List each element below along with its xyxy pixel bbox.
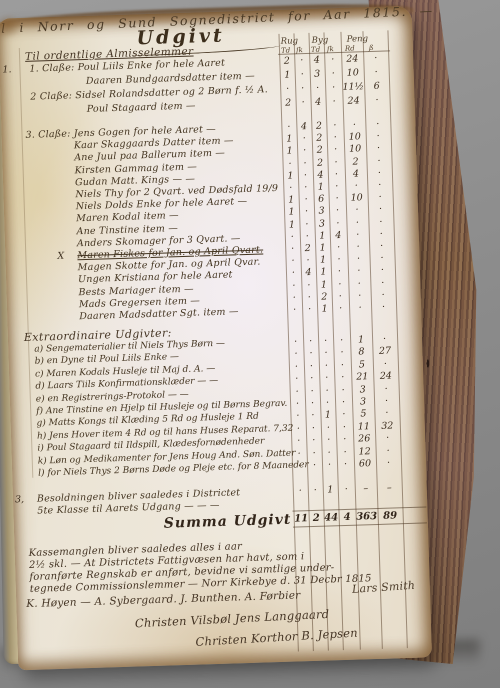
amount-cell: – bbox=[355, 483, 377, 495]
amount-cell bbox=[355, 495, 377, 496]
summa-value-byg-td: 44 bbox=[324, 512, 339, 523]
amount-cell: · bbox=[308, 485, 323, 496]
amount-cell: · bbox=[338, 484, 355, 496]
amount-cell bbox=[377, 494, 402, 495]
summa-value-peng-ss: 89 bbox=[378, 510, 403, 522]
summa-value-byg-sk: 4 bbox=[339, 512, 356, 524]
margin-mark: 3, bbox=[15, 494, 24, 505]
summa-value-peng-rd: 363 bbox=[356, 511, 378, 523]
amount-cell: – bbox=[377, 482, 402, 494]
manuscript-page: al i Norr og Sund Sognedistrict for Aar … bbox=[0, 6, 432, 671]
summa-value-rug-sk: 2 bbox=[309, 513, 324, 524]
amount-cell: 1 bbox=[323, 484, 338, 495]
summa-value-rug-td: 11 bbox=[294, 513, 309, 524]
margin-mark: 1. bbox=[2, 64, 11, 75]
ledger-photo: al i Norr og Sund Sognedistrict for Aar … bbox=[0, 0, 500, 688]
amount-cell bbox=[338, 496, 355, 497]
amount-cell: · bbox=[293, 485, 308, 496]
